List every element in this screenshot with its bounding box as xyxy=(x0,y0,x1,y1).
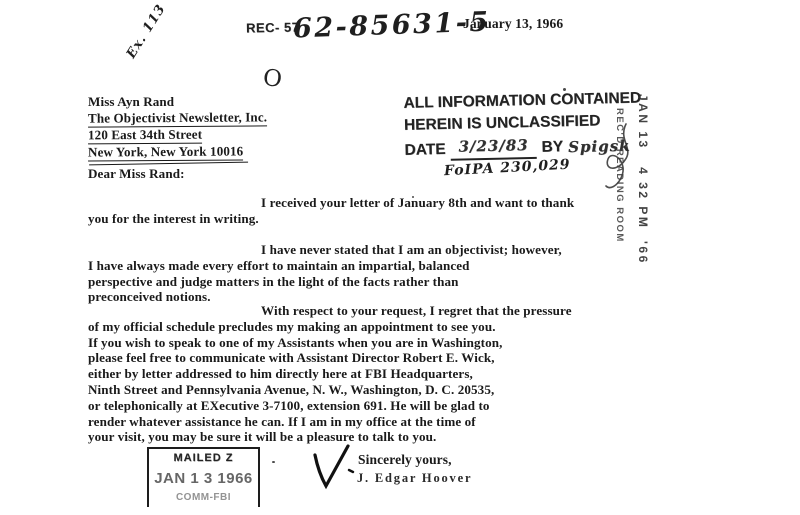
noise-speck xyxy=(586,93,588,95)
letter-date: January 13, 1966 xyxy=(463,16,563,32)
date-value-handwriting: 3/23/83 xyxy=(458,136,529,156)
by-label: BY xyxy=(541,136,563,158)
body-paragraph-1: I received your letter of January 8th an… xyxy=(88,195,648,227)
noise-speck xyxy=(272,461,275,463)
received-date-stamp: JAN 13 4 32 PM '66 xyxy=(636,94,650,265)
mailed-stamp-box: MAILED Z JAN 1 3 1966 COMM-FBI xyxy=(147,447,260,507)
letter-page: { "colors": { "paper": "#ffffff", "ink":… xyxy=(0,0,800,515)
body-paragraph-3: With respect to your request, I regret t… xyxy=(88,303,648,445)
valediction: Sincerely yours, xyxy=(358,452,452,468)
recipient-line: 120 East 34th Street xyxy=(88,127,267,144)
date-label: DATE xyxy=(404,139,446,162)
mailed-stamp-line: MAILED Z xyxy=(149,452,258,464)
checkmark-annotation xyxy=(305,441,355,493)
recipient-address: Miss Ayn Rand The Objectivist Newsletter… xyxy=(88,94,267,161)
recipient-line: The Objectivist Newsletter, Inc. xyxy=(88,110,267,127)
salutation: Dear Miss Rand: xyxy=(88,166,185,182)
signature-name: J. Edgar Hoover xyxy=(357,471,472,487)
recipient-line: New York, New York 10016 xyxy=(88,144,267,161)
rec-number-stamp: REC- 57 xyxy=(246,20,300,36)
exhibit-stamp: Ex. 113 xyxy=(124,2,169,62)
noise-speck xyxy=(563,88,566,91)
file-number-handwriting: 62-85631-5 xyxy=(293,7,492,45)
mailed-stamp-date: JAN 1 3 1966 xyxy=(149,470,258,487)
noise-speck xyxy=(412,196,414,198)
recipient-line: Miss Ayn Rand xyxy=(88,94,267,110)
comm-fbi-line: COMM-FBI xyxy=(149,492,258,503)
handwritten-o-annotation: O xyxy=(261,65,283,93)
body-paragraph-2: I have never stated that I am an objecti… xyxy=(88,242,648,305)
